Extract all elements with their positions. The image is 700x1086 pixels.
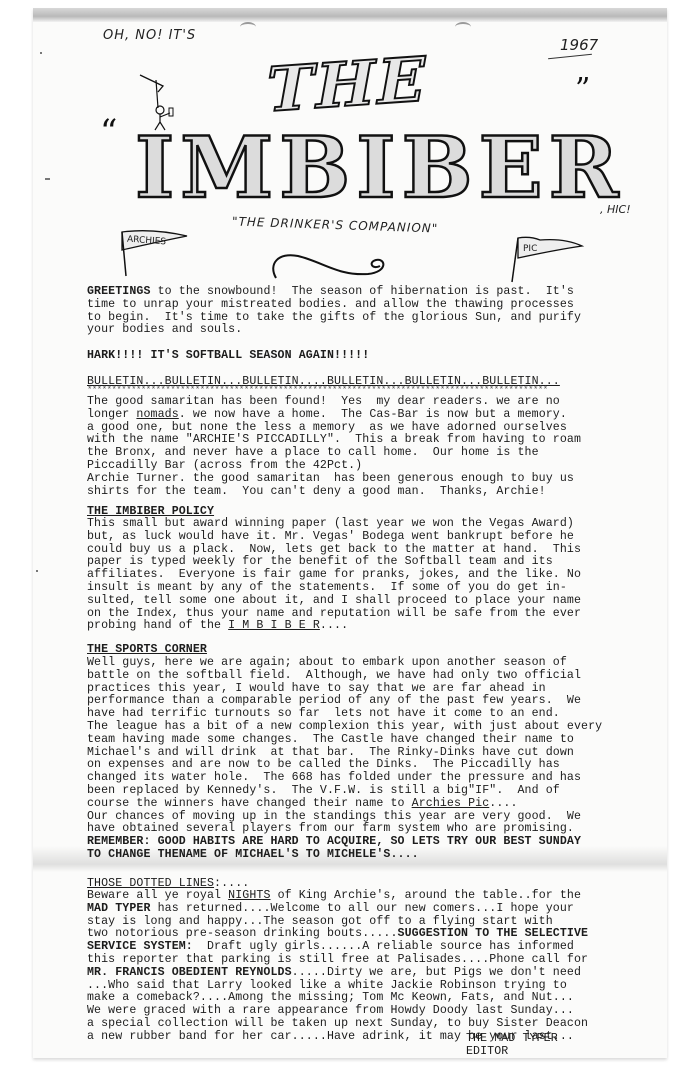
dotted-paragraph: Beware all ye royal NIGHTS of King Archi…: [87, 890, 667, 1044]
sports-line: Well guys, here we are again; about to e…: [87, 656, 567, 669]
signature-title: EDITOR: [466, 1046, 666, 1059]
greetings-line: to the snowbound! The season of hibernat…: [151, 285, 574, 298]
nomads-underlined: nomads: [136, 408, 178, 421]
bulletin-line: longer: [87, 408, 136, 421]
dotted-line: make a comeback?....Among the missing; T…: [87, 991, 574, 1004]
policy-line: sulted, tell some one about it, and I sh…: [87, 594, 581, 607]
punch-hole: [455, 22, 471, 32]
sports-line: have had terrific turnouts so far lets n…: [87, 707, 560, 720]
sports-line: The league has a bit of a new complexion…: [87, 720, 602, 733]
policy-line: This small but award winning paper (last…: [87, 517, 574, 530]
bulletin-line: the Bronx, and never have a place to cal…: [87, 446, 539, 459]
policy-line: paper is typed weekly for the benefit of…: [87, 555, 553, 568]
masthead-open-quote: “: [100, 112, 117, 152]
archies-pic-underlined: Archies Pic: [412, 797, 490, 810]
masthead-year: 1967: [560, 36, 598, 54]
policy-paragraph: This small but award winning paper (last…: [87, 518, 667, 633]
dotted-line: .....Dirty we are, but Pigs we don't nee…: [292, 966, 581, 979]
dotted-line: We were graced with a rare appearance fr…: [87, 1004, 574, 1017]
masthead-title-the: THE: [260, 43, 433, 127]
greetings-paragraph: GREETINGS to the snowbound! The season o…: [87, 286, 667, 337]
masthead-close-quote: ”: [575, 72, 590, 107]
policy-line: ....: [320, 619, 348, 632]
policy-line: insult is meant by any of the statements…: [87, 581, 567, 594]
bulletin-line: with the name "ARCHIE'S PICCADILLY". Thi…: [87, 433, 581, 446]
reynolds-bold: MR. FRANCIS OBEDIENT REYNOLDS: [87, 966, 292, 979]
stick-figure-icon: [138, 70, 178, 132]
sports-line: battle on the softball field. Although, …: [87, 669, 581, 682]
sports-line: been replaced by Kennedy's. The V.F.W. i…: [87, 784, 560, 797]
swirl-flourish-icon: [268, 244, 408, 284]
dotted-line: Draft ugly girls......A reliable source …: [193, 940, 574, 953]
masthead-aside: , HIC!: [600, 203, 631, 216]
suggestion-bold: SUGGESTION TO THE SELECTIVE: [398, 927, 589, 940]
dotted-line: two notorious pre-season drinking bouts.…: [87, 927, 398, 940]
bulletin-line: Archie Turner. the good samaritan has be…: [87, 472, 574, 485]
sports-line: performance than a comparable period of …: [87, 694, 581, 707]
policy-line: could buy us a plack. Now, lets get back…: [87, 543, 581, 556]
bulletin-line: Piccadilly Bar (across from the 42Pct.): [87, 459, 362, 472]
greetings-lead: GREETINGS: [87, 285, 151, 298]
mad-typer-bold: MAD TYPER: [87, 902, 151, 915]
greetings-line: your bodies and souls.: [87, 323, 242, 336]
sports-line: practices this year, I would have to say…: [87, 682, 546, 695]
punch-hole: [240, 22, 256, 32]
policy-line: affiliates. Everyone is fair game for pr…: [87, 568, 581, 581]
bulletin-line: shirts for the team. You can't deny a go…: [87, 485, 546, 498]
sports-header: THE SPORTS CORNER: [87, 644, 667, 657]
sports-line: on expenses and are now to be called the…: [87, 758, 560, 771]
dotted-line: Beware all ye royal: [87, 889, 228, 902]
paper-speck: [45, 178, 50, 180]
sports-line: team having made some changes. The Castl…: [87, 733, 574, 746]
bulletin-line: . we now have a home. The Cas-Bar is now…: [179, 408, 567, 421]
masthead-kicker: OH, NO! IT'S: [103, 28, 196, 43]
bulletin-stars-divider: ****************************************…: [87, 385, 662, 395]
page-top-shadow: [33, 8, 667, 22]
masthead-title: IMBIBER: [135, 118, 624, 217]
dotted-line: a special collection will be taken up ne…: [87, 1017, 588, 1030]
policy-line: on the Index, thus your name and reputat…: [87, 607, 581, 620]
sports-paragraph: Well guys, here we are again; about to e…: [87, 657, 667, 862]
sports-line: Our chances of moving up in the standing…: [87, 810, 581, 823]
signature-name: THE MAD TYPER: [466, 1033, 666, 1046]
policy-line: probing hand of the: [87, 619, 228, 632]
dotted-line: stay is long and happy...The season got …: [87, 915, 553, 928]
sports-line: ....: [489, 797, 517, 810]
paper-speck: [36, 570, 38, 572]
hark-headline: HARK!!!! IT'S SOFTBALL SEASON AGAIN!!!!!: [87, 350, 667, 363]
remember-line: TO CHANGE THENAME OF MICHAEL'S TO MICHEL…: [87, 848, 419, 861]
greetings-line: time to unrap your mistreated bodies. an…: [87, 298, 574, 311]
dotted-line: this reporter that parking is still free…: [87, 953, 588, 966]
sports-line: have obtained several players from our f…: [87, 822, 574, 835]
sports-line: course the winners have changed their na…: [87, 797, 412, 810]
pennant-right-icon: [510, 234, 590, 284]
sports-line: changed its water hole. The 668 has fold…: [87, 771, 581, 784]
nights-underlined: NIGHTS: [228, 889, 270, 902]
dotted-line: has returned....Welcome to all our new c…: [151, 902, 574, 915]
imbiber-underlined: I M B I B E R: [228, 619, 320, 632]
bulletin-line: a good one, but none the less a memory a…: [87, 421, 567, 434]
pennant-right-label: PIC: [523, 244, 537, 254]
dotted-line: of King Archie's, around the table..for …: [271, 889, 582, 902]
sports-line: Michael's and will drink at that bar. Th…: [87, 746, 574, 759]
remember-line: REMEMBER: GOOD HABITS ARE HARD TO ACQUIR…: [87, 835, 581, 848]
dotted-line: ...Who said that Larry looked like a whi…: [87, 979, 567, 992]
bulletin-paragraph: The good samaritan has been found! Yes m…: [87, 396, 667, 498]
selective-service-bold: SERVICE SYSTEM:: [87, 940, 193, 953]
bulletin-line: The good samaritan has been found! Yes m…: [87, 395, 560, 408]
policy-line: but, as luck would have it. Mr. Vegas' B…: [87, 530, 574, 543]
paper-speck: [40, 52, 42, 54]
greetings-line: to begin. It's time to take the gifts of…: [87, 311, 581, 324]
